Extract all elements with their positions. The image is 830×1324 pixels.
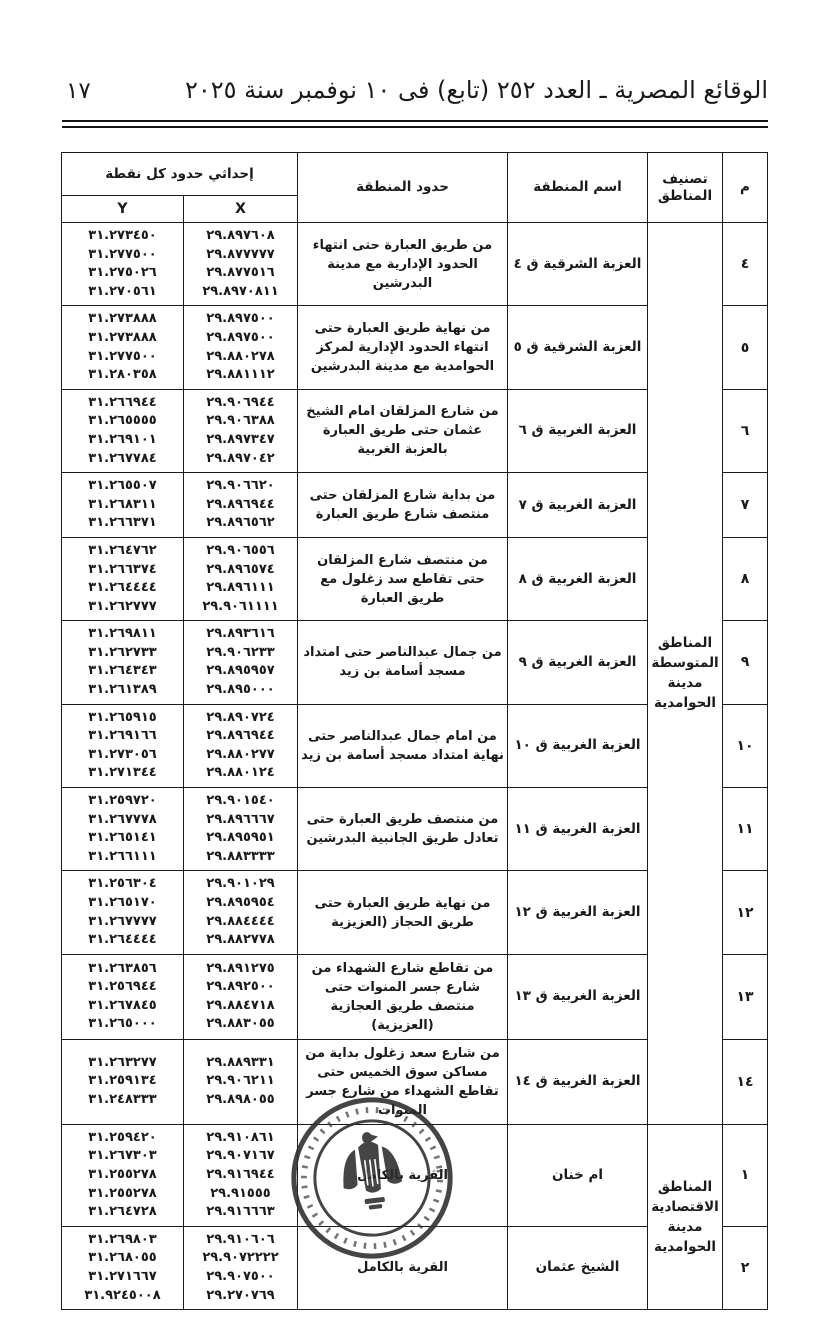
coord-value: ٣١.٢٥٩٤٢٠ [65, 1129, 180, 1148]
coord-value: ٢٩.٨٨٤٧١٨ [187, 997, 294, 1016]
area-bounds-cell: من جمال عبدالناصر حتى امتداد مسجد أسامة … [298, 621, 508, 704]
coord-value: ٢٩.٩١٥٥٥ [187, 1185, 294, 1204]
coord-value: ٣١.٢٥٥٢٧٨ [65, 1185, 180, 1204]
area-bounds-cell: من منتصف شارع المزلقان حتى تقاطع سد زغلو… [298, 537, 508, 620]
coord-value: ٣١.٢٥٩١٣٤ [65, 1072, 180, 1091]
y-coords-cell: ٣١.٢٦٤٧٦٢٣١.٢٦٦٣٧٤٣١.٢٦٤٤٤٤٣١.٢٦٢٧٧٧ [61, 537, 183, 620]
coord-value: ٢٩.٨٩٧٠٤٢ [187, 450, 294, 469]
serial-cell: ١٣ [723, 954, 768, 1039]
coord-value: ٢٩.٨٨١١١٢ [187, 366, 294, 385]
serial-cell: ٦ [723, 389, 768, 472]
table-body: ٤المناطق المتوسطة مدينة الحوامديةالعزبة … [61, 223, 767, 1310]
coord-value: ٢٩.٨٩٧٦٠٨ [187, 227, 294, 246]
col-header-classification: تصنيف المناطق [648, 153, 723, 223]
gazette-title: الوقائع المصرية ـ العدد ٢٥٢ (تابع) فى ١٠… [185, 76, 768, 104]
coord-value: ٣١.٢٧٣٤٥٠ [65, 227, 180, 246]
coord-value: ٣١.٢٦٤٧٦٢ [65, 542, 180, 561]
area-name-cell: الشيخ عثمان [508, 1226, 648, 1309]
coord-value: ٣١.٢٧٧٥٠٠ [65, 246, 180, 265]
coord-value: ٢٩.٨٩٦٥٦٢ [187, 514, 294, 533]
coord-value: ٣١.٢٦٣٢٧٧ [65, 1054, 180, 1073]
y-coords-cell: ٣١.٢٥٩٧٢٠٣١.٢٦٧٧٧٨٣١.٢٦٥١٤١٣١.٢٦٦١١١ [61, 788, 183, 871]
coord-value: ٢٩.٩١٠٨٦١ [187, 1129, 294, 1148]
y-coords-cell: ٣١.٢٦٩٨١١٣١.٢٦٢٧٣٣٣١.٢٦٤٣٤٣٣١.٢٦١٣٨٩ [61, 621, 183, 704]
coord-value: ٣١.٢٥٦٩٤٤ [65, 978, 180, 997]
coord-value: ٢٩.٨٩٦٩٤٤ [187, 496, 294, 515]
y-coords-cell: ٣١.٢٧٣٤٥٠٣١.٢٧٧٥٠٠٣١.٢٧٥٠٢٦٣١.٢٧٠٥٦١ [61, 223, 183, 306]
coord-value: ٢٩.٩٠١٠٢٩ [187, 875, 294, 894]
serial-cell: ١ [723, 1124, 768, 1226]
area-name-cell: العزبة الغربية ق ١٠ [508, 704, 648, 787]
y-coords-cell: ٣١.٢٦٣٨٥٦٣١.٢٥٦٩٤٤٣١.٢٦٧٨٤٥٣١.٢٦٥٠٠٠ [61, 954, 183, 1039]
coord-value: ٢٩.٩٠٦٢٣٣ [187, 644, 294, 663]
coord-value: ٣١.٢٦٢٧٣٣ [65, 644, 180, 663]
area-bounds-cell: من نهاية طريق العبارة حتى طريق الحجاز (ا… [298, 871, 508, 954]
area-name-cell: العزبة الغربية ق ١٣ [508, 954, 648, 1039]
y-coords-cell: ٣١.٢٦٥٩١٥٣١.٢٦٩١٦٦٣١.٢٧٣٠٥٦٣١.٢٧١٣٤٤ [61, 704, 183, 787]
coord-value: ٣١.٢٦٥١٧٠ [65, 894, 180, 913]
coord-value: ٣١.٢٦٥١٤١ [65, 829, 180, 848]
x-coords-cell: ٢٩.٩٠٦٩٤٤٢٩.٩٠٦٣٨٨٢٩.٨٩٧٣٤٧٢٩.٨٩٧٠٤٢ [184, 389, 298, 472]
coord-value: ٣١.٢٦٧٧٧٧ [65, 913, 180, 932]
col-header-y: Y [61, 196, 183, 223]
coord-value: ٣١.٢٦٧٨٤٥ [65, 997, 180, 1016]
coord-value: ٢٩.٨٨٤٤٤٤ [187, 913, 294, 932]
x-coords-cell: ٢٩.٩١٠٦٠٦٢٩.٩٠٧٢٢٢٢٢٩.٩٠٧٥٠٠٢٩.٢٧٠٧٦٩ [184, 1226, 298, 1309]
coord-value: ٣١.٢٦٩٨٠٣ [65, 1231, 180, 1250]
area-bounds-cell: من منتصف طريق العبارة حتى تعادل طريق الج… [298, 788, 508, 871]
col-header-serial: م [723, 153, 768, 223]
coord-value: ٢٩.٨٩٥٩٥٧ [187, 662, 294, 681]
coord-value: ٢٩.٩٠٧١٦٧ [187, 1147, 294, 1166]
coord-value: ٢٩.٨٩٧٠٨١١ [187, 283, 294, 302]
coord-value: ٣١.٢٦٦٣٧١ [65, 514, 180, 533]
coord-value: ٣١.٢٥٩٧٢٠ [65, 792, 180, 811]
y-coords-cell: ٣١.٢٦٩٨٠٣٣١.٢٦٨٠٥٥٣١.٢٧١٦٦٧٣١.٩٢٤٥٠٠٨ [61, 1226, 183, 1309]
coord-value: ٢٩.٨٨٠١٢٤ [187, 764, 294, 783]
area-name-cell: العزبة الغربية ق ٨ [508, 537, 648, 620]
coord-value: ٢٩.٨٩٧٣٤٧ [187, 431, 294, 450]
coord-value: ٢٩.٨٩٦٩٤٤ [187, 727, 294, 746]
coord-value: ٣١.٢٦٥٥٥٥ [65, 412, 180, 431]
areas-table: م تصنيف المناطق اسم المنطقة حدود المنطقة… [61, 152, 768, 1310]
area-bounds-cell: من شارع سعد زغلول بداية من مساكن سوق الخ… [298, 1039, 508, 1124]
area-bounds-cell: من طريق العبارة حتى انتهاء الحدود الإدار… [298, 223, 508, 306]
x-coords-cell: ٢٩.٩٠١٠٢٩٢٩.٨٩٥٩٥٤٢٩.٨٨٤٤٤٤٢٩.٨٨٢٧٧٨ [184, 871, 298, 954]
coord-value: ٣١.٢٦٩١٦٦ [65, 727, 180, 746]
area-name-cell: ام خنان [508, 1124, 648, 1226]
coord-value: ٢٩.٩٠٦٩٤٤ [187, 394, 294, 413]
coord-value: ٢٩.٨٨٣٠٥٥ [187, 1015, 294, 1034]
coord-value: ٢٩.٨٩٢٥٠٠ [187, 978, 294, 997]
coord-value: ٢٩.٨٨٠٢٧٧ [187, 746, 294, 765]
area-name-cell: العزبة الغربية ق ١١ [508, 788, 648, 871]
coord-value: ٣١.٢٥٦٣٠٤ [65, 875, 180, 894]
table-header-row: م تصنيف المناطق اسم المنطقة حدود المنطقة… [61, 153, 767, 196]
coord-value: ٢٩.٨٩٦٥٧٤ [187, 561, 294, 580]
coord-value: ٣١.٢٦٥٠٠٠ [65, 1015, 180, 1034]
coord-value: ٣١.٢٦٩٨١١ [65, 625, 180, 644]
coord-value: ٣١.٢٦٨٣١١ [65, 496, 180, 515]
x-coords-cell: ٢٩.٨٩٧٥٠٠٢٩.٨٩٧٥٠٠٢٩.٨٨٠٢٧٨٢٩.٨٨١١١٢ [184, 306, 298, 389]
area-name-cell: العزبة الغربية ق ١٢ [508, 871, 648, 954]
area-bounds-cell: القرية بالكامل [298, 1226, 508, 1309]
coord-value: ٣١.٢٦٢٧٧٧ [65, 598, 180, 617]
serial-cell: ١٠ [723, 704, 768, 787]
coord-value: ٢٩.٨٩٥٩٥٤ [187, 894, 294, 913]
coord-value: ٢٩.٨٩٦١١١ [187, 579, 294, 598]
area-name-cell: العزبة الغربية ق ٩ [508, 621, 648, 704]
area-bounds-cell: من تقاطع شارع الشهداء من شارع جسر المنوا… [298, 954, 508, 1039]
coord-value: ٢٩.٨٩٨٠٥٥ [187, 1091, 294, 1110]
coord-value: ٣١.٢٦٥٩١٥ [65, 709, 180, 728]
serial-cell: ٩ [723, 621, 768, 704]
table-row: ١المناطق الاقتصادية مدينة الحوامديةام خن… [61, 1124, 767, 1226]
coord-value: ٢٩.٨٩١٢٧٥ [187, 960, 294, 979]
col-header-area-bounds: حدود المنطقة [298, 153, 508, 223]
coord-value: ٣١.٢٨٠٣٥٨ [65, 366, 180, 385]
coord-value: ٢٩.٩٠٧٥٠٠ [187, 1268, 294, 1287]
coord-value: ٢٩.٩٠٦١١١١ [187, 598, 294, 617]
y-coords-cell: ٣١.٢٥٩٤٢٠٣١.٢٦٧٣٠٣٣١.٢٥٥٢٧٨٣١.٢٥٥٢٧٨٣١.٢… [61, 1124, 183, 1226]
coord-value: ٣١.٢٥٥٢٧٨ [65, 1166, 180, 1185]
coord-value: ٢٩.٨٩٥٩٥١ [187, 829, 294, 848]
coord-value: ٣١.٢٦٤٤٤٤ [65, 931, 180, 950]
coord-value: ٣١.٢٦٤٧٢٨ [65, 1203, 180, 1222]
coord-value: ٣١.٩٢٤٥٠٠٨ [65, 1287, 180, 1306]
coord-value: ٣١.٢٧٣٨٨٨ [65, 329, 180, 348]
coord-value: ٣١.٢٦٦١١١ [65, 848, 180, 867]
area-name-cell: العزبة الشرقية ق ٤ [508, 223, 648, 306]
coord-value: ٣١.٢٦٦٩٤٤ [65, 394, 180, 413]
y-coords-cell: ٣١.٢٦٥٥٠٧٣١.٢٦٨٣١١٣١.٢٦٦٣٧١ [61, 473, 183, 538]
coord-value: ٣١.٢٦٦٣٧٤ [65, 561, 180, 580]
coord-value: ٢٩.٩٠١٥٤٠ [187, 792, 294, 811]
y-coords-cell: ٣١.٢٧٣٨٨٨٣١.٢٧٣٨٨٨٣١.٢٧٧٥٠٠٣١.٢٨٠٣٥٨ [61, 306, 183, 389]
coord-value: ٢٩.٨٩٧٥٠٠ [187, 329, 294, 348]
coord-value: ٢٩.٨٩٦٦٦٧ [187, 811, 294, 830]
area-bounds-cell: من امام جمال عبدالناصر حتى نهاية امتداد … [298, 704, 508, 787]
x-coords-cell: ٢٩.٩٠١٥٤٠٢٩.٨٩٦٦٦٧٢٩.٨٩٥٩٥١٢٩.٨٨٣٣٣٣ [184, 788, 298, 871]
coord-value: ٢٩.٢٧٠٧٦٩ [187, 1287, 294, 1306]
coord-value: ٢٩.٨٨٣٣٣٣ [187, 848, 294, 867]
coord-value: ٢٩.٩٠٧٢٢٢٢ [187, 1249, 294, 1268]
page-number: ١٧ [62, 78, 91, 104]
coord-value: ٣١.٢٤٨٣٣٣ [65, 1091, 180, 1110]
coord-value: ٢٩.٩١٦٦٦٣ [187, 1203, 294, 1222]
serial-cell: ٤ [723, 223, 768, 306]
x-coords-cell: ٢٩.٨٩١٢٧٥٢٩.٨٩٢٥٠٠٢٩.٨٨٤٧١٨٢٩.٨٨٣٠٥٥ [184, 954, 298, 1039]
y-coords-cell: ٣١.٢٦٣٢٧٧٣١.٢٥٩١٣٤٣١.٢٤٨٣٣٣ [61, 1039, 183, 1124]
x-coords-cell: ٢٩.٨٩٧٦٠٨٢٩.٨٧٧٧٧٧٢٩.٨٧٧٥١٦٢٩.٨٩٧٠٨١١ [184, 223, 298, 306]
coord-value: ٢٩.٨٩٣٦١٦ [187, 625, 294, 644]
area-name-cell: العزبة الغربية ق ٦ [508, 389, 648, 472]
coord-value: ٣١.٢٧٧٥٠٠ [65, 348, 180, 367]
coord-value: ٣١.٢٧٠٥٦١ [65, 283, 180, 302]
y-coords-cell: ٣١.٢٦٦٩٤٤٣١.٢٦٥٥٥٥٣١.٢٦٩١٠١٣١.٢٦٧٧٨٤ [61, 389, 183, 472]
coord-value: ٣١.٢٦٩١٠١ [65, 431, 180, 450]
coord-value: ٢٩.٨٨٠٢٧٨ [187, 348, 294, 367]
serial-cell: ١٢ [723, 871, 768, 954]
serial-cell: ١١ [723, 788, 768, 871]
coord-value: ٣١.٢٦٤٣٤٣ [65, 662, 180, 681]
area-bounds-cell: من بداية شارع المزلقان حتى منتصف شارع طر… [298, 473, 508, 538]
coord-value: ٣١.٢٦١٣٨٩ [65, 681, 180, 700]
coord-value: ٢٩.٨٨٩٣٣١ [187, 1054, 294, 1073]
coord-value: ٣١.٢٦٧٧٧٨ [65, 811, 180, 830]
area-bounds-cell: من شارع المزلقان امام الشيخ عثمان حتى طر… [298, 389, 508, 472]
serial-cell: ٧ [723, 473, 768, 538]
coord-value: ٣١.٢٧١٣٤٤ [65, 764, 180, 783]
coord-value: ٢٩.٨٩٧٥٠٠ [187, 310, 294, 329]
serial-cell: ١٤ [723, 1039, 768, 1124]
serial-cell: ٥ [723, 306, 768, 389]
x-coords-cell: ٢٩.٩١٠٨٦١٢٩.٩٠٧١٦٧٢٩.٩١٦٩٤٤٢٩.٩١٥٥٥٢٩.٩١… [184, 1124, 298, 1226]
area-name-cell: العزبة الغربية ق ٧ [508, 473, 648, 538]
coord-value: ٣١.٢٧٣٠٥٦ [65, 746, 180, 765]
classification-cell: المناطق الاقتصادية مدينة الحوامدية [648, 1124, 723, 1309]
coord-value: ٣١.٢٦٤٤٤٤ [65, 579, 180, 598]
x-coords-cell: ٢٩.٩٠٦٦٢٠٢٩.٨٩٦٩٤٤٢٩.٨٩٦٥٦٢ [184, 473, 298, 538]
page-header: الوقائع المصرية ـ العدد ٢٥٢ (تابع) فى ١٠… [62, 76, 768, 104]
coord-value: ٢٩.٨٩٠٧٢٤ [187, 709, 294, 728]
col-header-coords-group: إحداثي حدود كل نقطة [61, 153, 297, 196]
coord-value: ٣١.٢٦٧٧٨٤ [65, 450, 180, 469]
table-row: ٤المناطق المتوسطة مدينة الحوامديةالعزبة … [61, 223, 767, 306]
coord-value: ٢٩.٩١٠٦٠٦ [187, 1231, 294, 1250]
col-header-area-name: اسم المنطقة [508, 153, 648, 223]
coord-value: ٢٩.٨٨٢٧٧٨ [187, 931, 294, 950]
x-coords-cell: ٢٩.٨٨٩٣٣١٢٩.٩٠٦٢١١٢٩.٨٩٨٠٥٥ [184, 1039, 298, 1124]
coord-value: ٢٩.٩١٦٩٤٤ [187, 1166, 294, 1185]
coord-value: ٣١.٢٧١٦٦٧ [65, 1268, 180, 1287]
coord-value: ٣١.٢٦٧٣٠٣ [65, 1147, 180, 1166]
x-coords-cell: ٢٩.٩٠٦٥٥٦٢٩.٨٩٦٥٧٤٢٩.٨٩٦١١١٢٩.٩٠٦١١١١ [184, 537, 298, 620]
x-coords-cell: ٢٩.٨٩٠٧٢٤٢٩.٨٩٦٩٤٤٢٩.٨٨٠٢٧٧٢٩.٨٨٠١٢٤ [184, 704, 298, 787]
x-coords-cell: ٢٩.٨٩٣٦١٦٢٩.٩٠٦٢٣٣٢٩.٨٩٥٩٥٧٢٩.٨٩٥٠٠٠ [184, 621, 298, 704]
y-coords-cell: ٣١.٢٥٦٣٠٤٣١.٢٦٥١٧٠٣١.٢٦٧٧٧٧٣١.٢٦٤٤٤٤ [61, 871, 183, 954]
coord-value: ٣١.٢٧٣٨٨٨ [65, 310, 180, 329]
coord-value: ٣١.٢٦٨٠٥٥ [65, 1249, 180, 1268]
area-name-cell: العزبة الغربية ق ١٤ [508, 1039, 648, 1124]
coord-value: ٢٩.٩٠٦٥٥٦ [187, 542, 294, 561]
coord-value: ٢٩.٨٧٧٧٧٧ [187, 246, 294, 265]
serial-cell: ٢ [723, 1226, 768, 1309]
coord-value: ٢٩.٩٠٦٦٢٠ [187, 477, 294, 496]
coord-value: ٢٩.٩٠٦٢١١ [187, 1072, 294, 1091]
coord-value: ٢٩.٨٩٥٠٠٠ [187, 681, 294, 700]
coord-value: ٢٩.٩٠٦٣٨٨ [187, 412, 294, 431]
serial-cell: ٨ [723, 537, 768, 620]
area-bounds-cell: القرية بالكامل [298, 1124, 508, 1226]
coord-value: ٢٩.٨٧٧٥١٦ [187, 264, 294, 283]
classification-cell: المناطق المتوسطة مدينة الحوامدية [648, 223, 723, 1125]
area-bounds-cell: من نهاية طريق العبارة حتى انتهاء الحدود … [298, 306, 508, 389]
col-header-x: X [184, 196, 298, 223]
header-divider [62, 120, 768, 128]
area-name-cell: العزبة الشرقية ق ٥ [508, 306, 648, 389]
coord-value: ٣١.٢٧٥٠٢٦ [65, 264, 180, 283]
coord-value: ٣١.٢٦٥٥٠٧ [65, 477, 180, 496]
coord-value: ٣١.٢٦٣٨٥٦ [65, 960, 180, 979]
